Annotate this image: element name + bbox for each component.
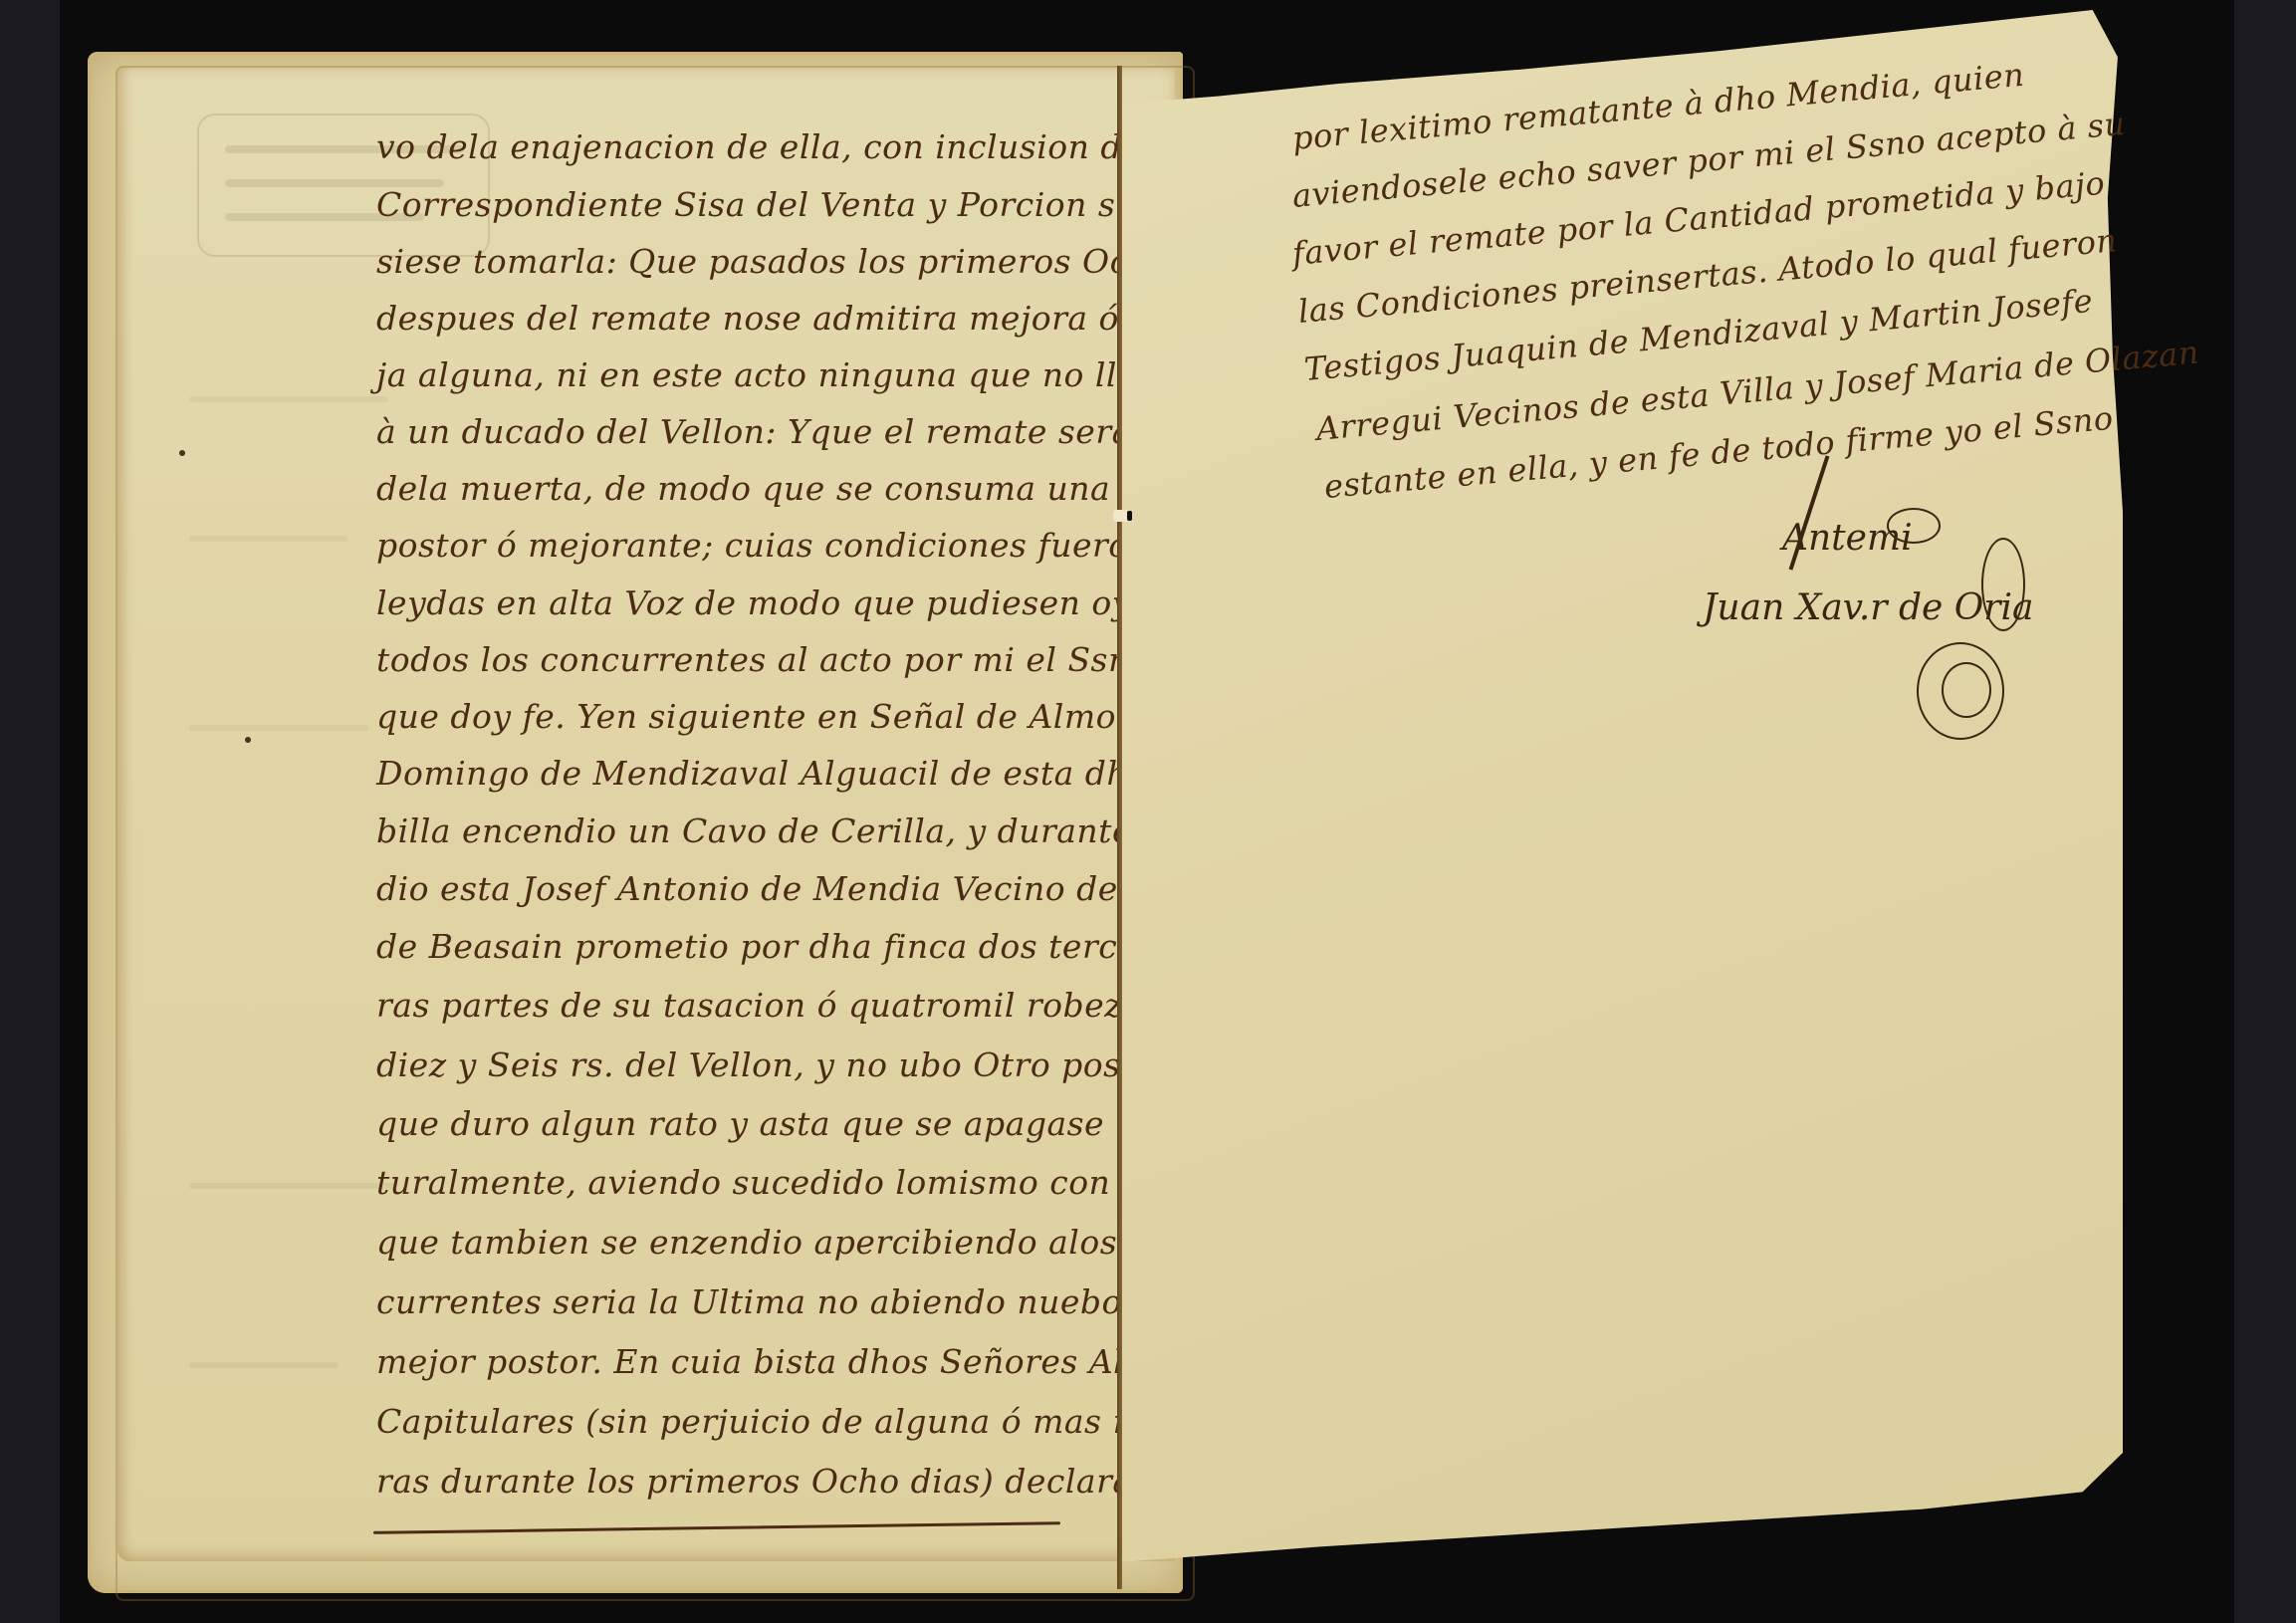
left-line: leydas en alta Voz de modo que pudiesen … [376, 583, 1147, 622]
left-line: que doy fe. Yen siguiente en Señal de Al… [376, 697, 1200, 736]
book-spine [1117, 66, 1122, 1589]
left-line: turalmente, aviendo sucedido lomismo con… [376, 1163, 1192, 1202]
left-line: mejor postor. En cuia bista dhos Señores… [376, 1342, 1204, 1381]
binding-thread [1113, 510, 1129, 522]
signature-flourish-loop [1887, 508, 1941, 544]
left-line: todos los concurrentes al acto por mi el… [376, 640, 1203, 679]
bleed-through-text [189, 1362, 339, 1368]
left-line: que tambien se enzendio apercibiendo alo… [376, 1223, 1208, 1262]
scan-border-right [2234, 0, 2296, 1623]
ink-spot [245, 737, 251, 743]
left-line: ja alguna, ni en este acto ninguna que n… [376, 355, 1200, 394]
bleed-through-text [189, 536, 348, 542]
signature-rubric-loops [1981, 538, 2025, 631]
left-line: ras durante los primeros Ocho dias) decl… [376, 1462, 1191, 1501]
left-line: vo dela enajenacion de ella, con inclusi… [376, 127, 1173, 166]
left-line: Correspondiente Sisa del Venta y Porcion… [376, 185, 1192, 224]
left-line: ras partes de su tasacion ó quatromil ro… [376, 986, 1133, 1025]
left-line: dio esta Josef Antonio de Mendia Vecino … [376, 869, 1237, 908]
scan-border-left [0, 0, 60, 1623]
signature-rubric-inner [1942, 662, 1991, 718]
left-line: Domingo de Mendizaval Alguacil de esta d… [376, 754, 1148, 793]
left-line: Capitulares (sin perjuicio de alguna ó m… [376, 1402, 1207, 1441]
ink-spot [179, 450, 185, 456]
left-line: dela muerta, de modo que se consuma una … [376, 469, 1171, 508]
left-line: currentes seria la Ultima no abiendo nue… [376, 1282, 1166, 1321]
bleed-through-text [189, 725, 368, 731]
bleed-through-text [189, 1183, 398, 1189]
left-line: de Beasain prometio por dha finca dos te… [376, 927, 1149, 966]
left-line: que duro algun rato y asta que se apagas… [376, 1104, 1169, 1143]
left-line: postor ó mejorante; cuias condiciones fu… [376, 526, 1150, 565]
bleed-through-text [189, 396, 388, 402]
left-line: despues del remate nose admitira mejora … [376, 299, 1185, 338]
left-line: billa encendio un Cavo de Cerilla, y dur… [376, 811, 1191, 850]
